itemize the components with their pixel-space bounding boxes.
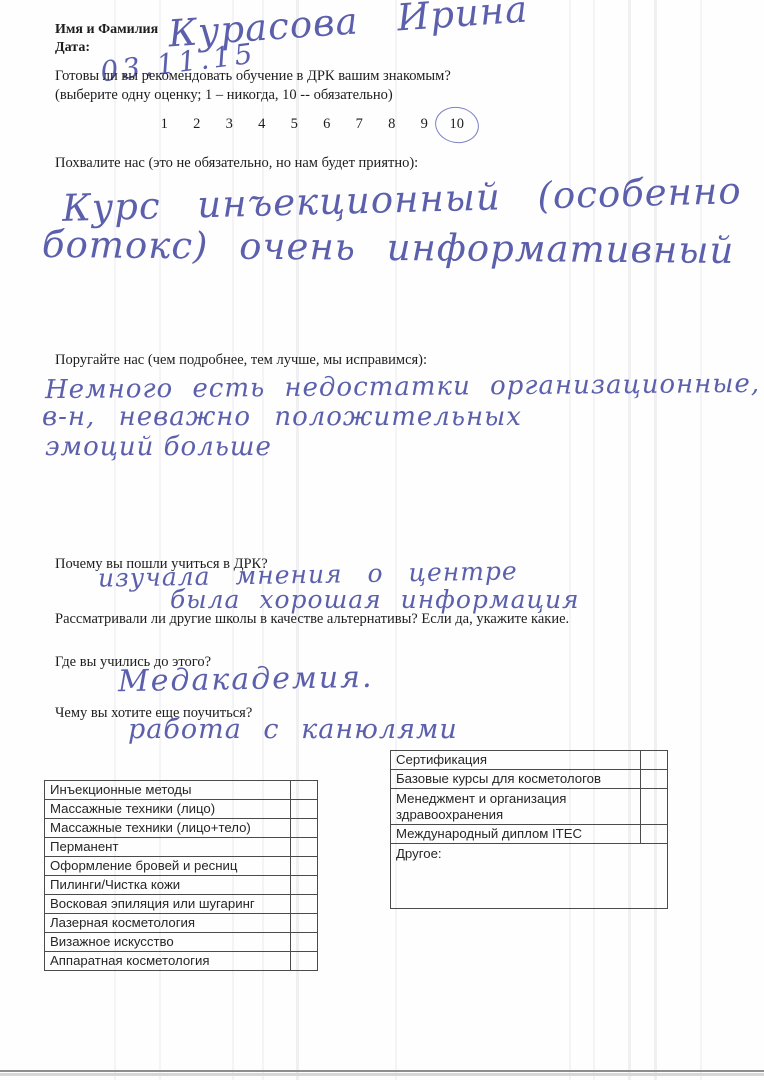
course-label: Пилинги/Чистка кожи [45,876,290,894]
table-row: Перманент [45,837,317,856]
course-label: Инъекционные методы [45,781,290,799]
course-label: Массажные техники (лицо) [45,800,290,818]
scan-bottom-edge [0,1070,764,1072]
course-label: Перманент [45,838,290,856]
criticize-answer-line2: в-н, неважно положительных [42,402,522,432]
rating-option-5[interactable]: 5 [278,116,311,133]
rating-option-6[interactable]: 6 [311,116,344,133]
date-label: Дата: [55,40,90,56]
course-label: Базовые курсы для косметологов [391,770,640,788]
checkbox-cell[interactable] [290,857,317,875]
recommend-question: Готовы ли вы рекомендовать обучение в ДР… [55,68,451,85]
table-row-other: Другое: [391,843,667,908]
table-row: Базовые курсы для косметологов [391,769,667,788]
rating-option-7[interactable]: 7 [343,116,376,133]
course-label: Менеджмент и организация здравоохранения [391,789,640,824]
praise-answer-line2: ботокс) очень информативный [42,223,735,272]
table-row: Сертификация [391,751,667,769]
course-table-left: Инъекционные методы Массажные техники (л… [44,780,318,971]
checkbox-cell[interactable] [290,952,317,970]
checkbox-cell[interactable] [290,838,317,856]
scan-streak [628,0,631,1080]
scanned-feedback-form: Имя и Фамилия Дата: Курасова Ирина 03.11… [0,0,764,1080]
table-row: Массажные техники (лицо+тело) [45,818,317,837]
course-table-right: Сертификация Базовые курсы для косметоло… [390,750,668,909]
course-label: Оформление бровей и ресниц [45,857,290,875]
checkbox-cell[interactable] [640,770,667,788]
course-label: Массажные техники (лицо+тело) [45,819,290,837]
rating-option-3[interactable]: 3 [213,116,246,133]
table-row: Пилинги/Чистка кожи [45,875,317,894]
table-row: Визажное искусство [45,932,317,951]
scan-streak [593,0,595,1080]
checkbox-cell[interactable] [290,781,317,799]
checkbox-cell[interactable] [290,933,317,951]
criticize-label: Поругайте нас (чем подробнее, тем лучше,… [55,352,427,369]
course-label: Восковая эпиляция или шугаринг [45,895,290,913]
table-row: Аппаратная косметология [45,951,317,970]
checkbox-cell[interactable] [290,895,317,913]
rating-option-4[interactable]: 4 [246,116,279,133]
table-row: Международный диплом ITEC [391,824,667,843]
rating-option-8[interactable]: 8 [376,116,409,133]
praise-label: Похвалите нас (это не обязательно, но на… [55,155,418,172]
recommend-hint: (выберите одну оценку; 1 – никогда, 10 -… [55,87,393,104]
table-row: Инъекционные методы [45,781,317,799]
checkbox-cell[interactable] [290,876,317,894]
checkbox-cell[interactable] [290,800,317,818]
more-answer: работа с канюлями [128,714,458,745]
checkbox-cell[interactable] [640,789,667,824]
checkbox-cell[interactable] [640,751,667,769]
course-label: Визажное искусство [45,933,290,951]
table-row: Менеджмент и организация здравоохранения [391,788,667,824]
scan-streak [700,0,702,1080]
course-label: Международный диплом ITEC [391,825,640,843]
scan-bottom-edge-soft [0,1073,764,1076]
rating-option-1[interactable]: 1 [148,116,181,133]
table-row: Лазерная косметология [45,913,317,932]
course-label: Аппаратная косметология [45,952,290,970]
alternatives-question: Рассматривали ли другие школы в качестве… [55,611,569,628]
scan-streak [569,0,571,1080]
name-label: Имя и Фамилия [55,22,158,38]
previous-answer: Медакадемия. [118,660,374,699]
criticize-answer-line3: эмоций больше [45,432,272,462]
course-label: Лазерная косметология [45,914,290,932]
table-row: Восковая эпиляция или шугаринг [45,894,317,913]
table-row: Массажные техники (лицо) [45,799,317,818]
course-label: Сертификация [391,751,640,769]
table-row: Оформление бровей и ресниц [45,856,317,875]
other-label: Другое: [391,844,667,908]
selected-rating-circle [432,103,482,146]
checkbox-cell[interactable] [290,819,317,837]
checkbox-cell[interactable] [640,825,667,843]
rating-scale: 1 2 3 4 5 6 7 8 9 10 [148,116,473,133]
rating-option-2[interactable]: 2 [181,116,214,133]
criticize-answer-line1: Немного есть недостатки организационные, [45,369,760,405]
scan-streak [654,0,657,1080]
checkbox-cell[interactable] [290,914,317,932]
why-answer-line2: была хорошая информация [170,585,580,614]
praise-answer-line1: Курс инъекционный (особенно [62,169,743,230]
rating-option-10[interactable]: 10 [441,116,474,133]
